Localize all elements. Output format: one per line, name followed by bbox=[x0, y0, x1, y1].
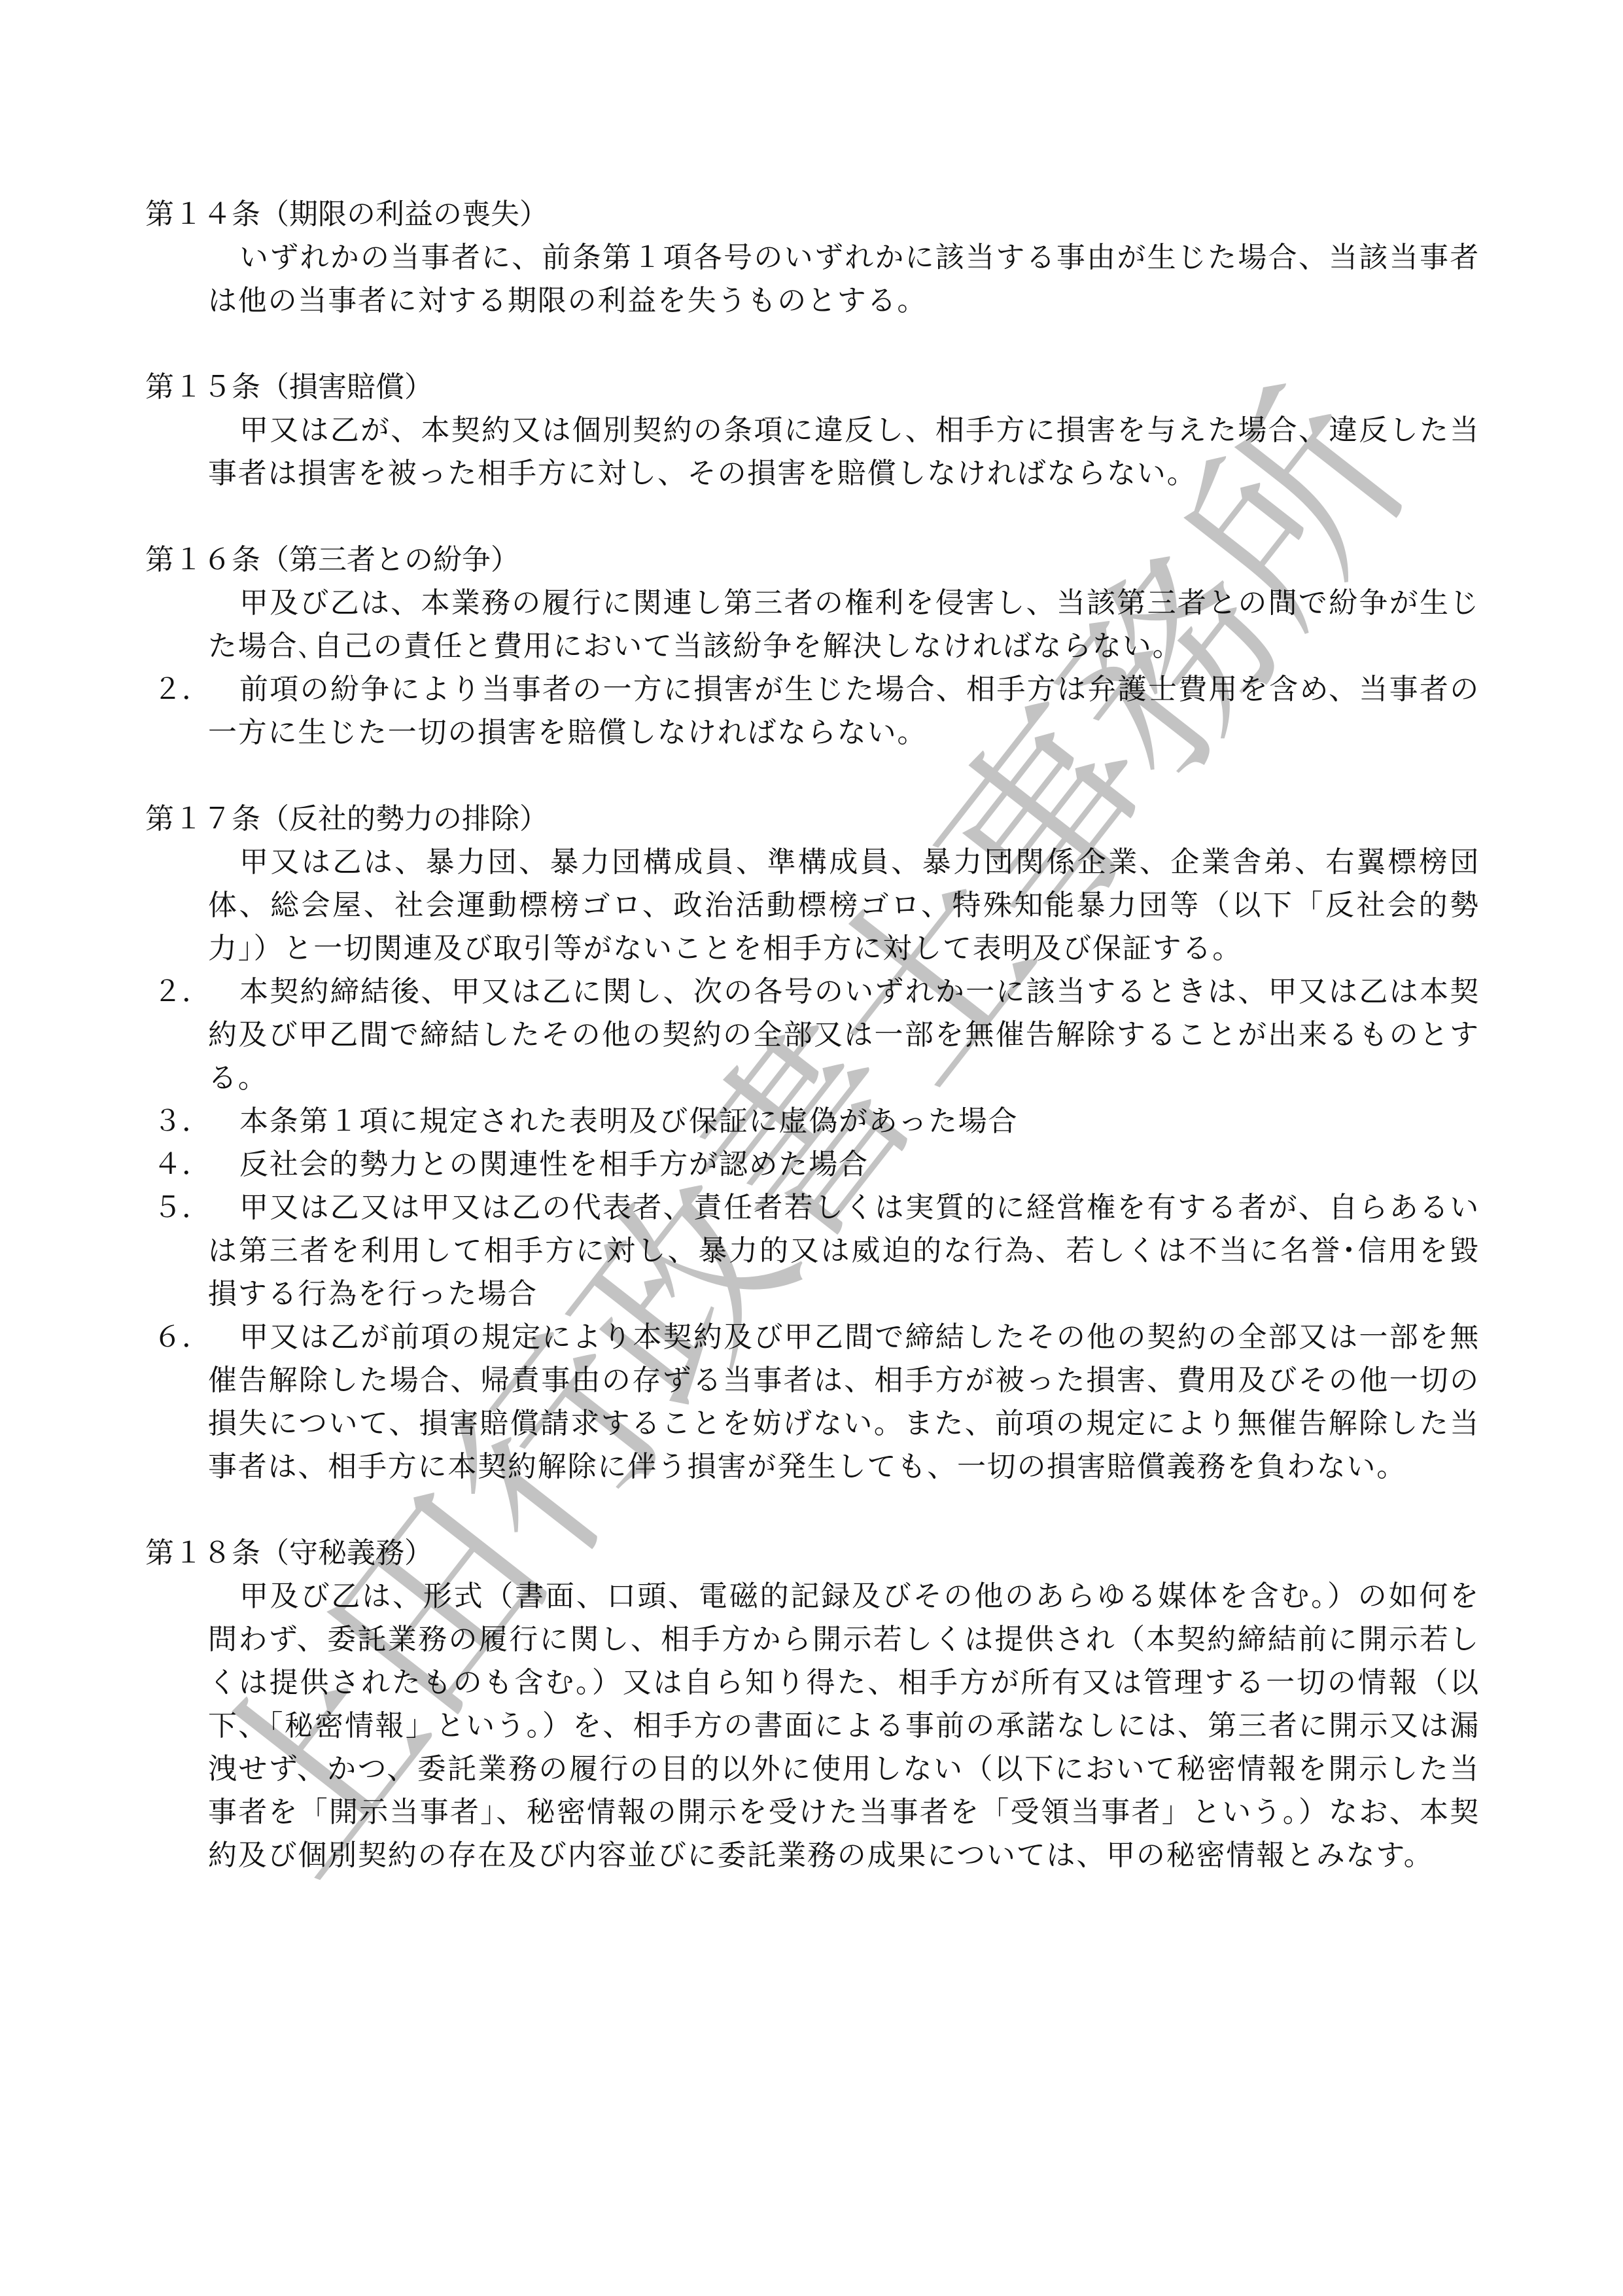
article-18: 第１８条（守秘義務） 甲及び乙は、形式（書面、口頭、電磁的記録及びその他のあらゆ… bbox=[145, 1532, 1480, 1877]
article-heading: 第１７条（反社的勢力の排除） bbox=[145, 798, 1480, 841]
article-paragraph: 甲及び乙は、形式（書面、口頭、電磁的記録及びその他のあらゆる媒体を含む。）の如何… bbox=[145, 1575, 1480, 1877]
article-16: 第１６条（第三者との紛争） 甲及び乙は、本業務の履行に関連し第三者の権利を侵害し… bbox=[145, 539, 1480, 754]
article-paragraph: 甲又は乙は、暴力団、暴力団構成員、準構成員、暴力団関係企業、企業舎弟、右翼標榜団… bbox=[145, 841, 1480, 970]
numbered-item: ５．甲又は乙又は甲又は乙の代表者、責任者若しくは実質的に経営権を有する者が、自ら… bbox=[145, 1186, 1480, 1316]
numbered-item: ２．本契約締結後、甲又は乙に関し、次の各号のいずれか一に該当するときは、甲又は乙… bbox=[145, 970, 1480, 1100]
numbered-item: ３．本条第１項に規定された表明及び保証に虚偽があった場合 bbox=[145, 1100, 1480, 1143]
article-17: 第１７条（反社的勢力の排除） 甲又は乙は、暴力団、暴力団構成員、準構成員、暴力団… bbox=[145, 798, 1480, 1489]
article-paragraph: いずれかの当事者に、前条第１項各号のいずれかに該当する事由が生じた場合、当該当事… bbox=[145, 236, 1480, 323]
numbered-item: ２．前項の紛争により当事者の一方に損害が生じた場合、相手方は弁護士費用を含め、当… bbox=[145, 668, 1480, 754]
document-page: 第１４条（期限の利益の喪失） いずれかの当事者に、前条第１項各号のいずれかに該当… bbox=[0, 0, 1623, 2296]
item-number: ６． bbox=[153, 1316, 205, 1359]
item-text: 前項の紛争により当事者の一方に損害が生じた場合、相手方は弁護士費用を含め、当事者… bbox=[208, 673, 1480, 749]
article-heading: 第１６条（第三者との紛争） bbox=[145, 539, 1480, 582]
item-text: 反社会的勢力との関連性を相手方が認めた場合 bbox=[239, 1148, 869, 1181]
numbered-item: ６．甲又は乙が前項の規定により本契約及び甲乙間で締結したその他の契約の全部又は一… bbox=[145, 1316, 1480, 1489]
item-text: 本条第１項に規定された表明及び保証に虚偽があった場合 bbox=[239, 1104, 1018, 1138]
item-number: ５． bbox=[153, 1186, 205, 1229]
article-heading: 第１４条（期限の利益の喪失） bbox=[145, 193, 1480, 236]
item-number: ４． bbox=[153, 1143, 205, 1186]
article-14: 第１４条（期限の利益の喪失） いずれかの当事者に、前条第１項各号のいずれかに該当… bbox=[145, 193, 1480, 323]
numbered-item: ４．反社会的勢力との関連性を相手方が認めた場合 bbox=[145, 1143, 1480, 1186]
item-number: ３． bbox=[153, 1100, 205, 1143]
item-text: 本契約締結後、甲又は乙に関し、次の各号のいずれか一に該当するときは、甲又は乙は本… bbox=[208, 975, 1480, 1095]
article-heading: 第１８条（守秘義務） bbox=[145, 1532, 1480, 1575]
article-paragraph: 甲又は乙が、本契約又は個別契約の条項に違反し、相手方に損害を与えた場合、違反した… bbox=[145, 409, 1480, 495]
contract-body: 第１４条（期限の利益の喪失） いずれかの当事者に、前条第１項各号のいずれかに該当… bbox=[145, 193, 1480, 1920]
article-heading: 第１５条（損害賠償） bbox=[145, 366, 1480, 409]
article-paragraph: 甲及び乙は、本業務の履行に関連し第三者の権利を侵害し、当該第三者との間で紛争が生… bbox=[145, 582, 1480, 668]
item-text: 甲又は乙が前項の規定により本契約及び甲乙間で締結したその他の契約の全部又は一部を… bbox=[208, 1320, 1480, 1483]
item-number: ２． bbox=[153, 668, 205, 711]
article-15: 第１５条（損害賠償） 甲又は乙が、本契約又は個別契約の条項に違反し、相手方に損害… bbox=[145, 366, 1480, 495]
item-number: ２． bbox=[153, 970, 205, 1014]
item-text: 甲又は乙又は甲又は乙の代表者、責任者若しくは実質的に経営権を有する者が、自らある… bbox=[208, 1191, 1480, 1311]
